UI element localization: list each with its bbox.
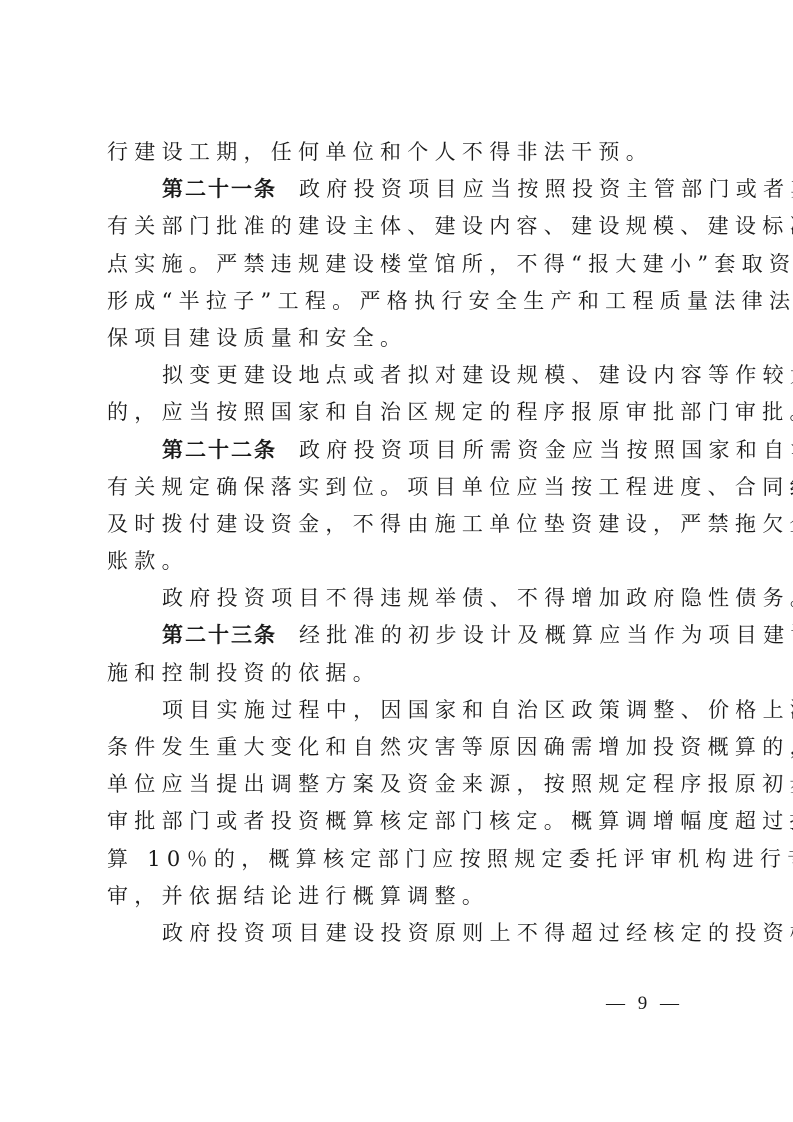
text-line: 审，并依据结论进行概算调整。 — [107, 878, 689, 915]
line-text: 形成“半拉子”工程。严格执行安全生产和工程质量法律法规，确 — [107, 289, 793, 313]
line-text: 保项目建设质量和安全。 — [107, 326, 407, 350]
paragraph-start-line: 项目实施过程中，因国家和自治区政策调整、价格上涨、地质 — [107, 692, 689, 729]
line-text: 施和控制投资的依据。 — [107, 661, 380, 685]
line-text: 政府投资项目所需资金应当按照国家和自治区 — [299, 438, 793, 462]
line-text: 的，应当按照国家和自治区规定的程序报原审批部门审批。 — [107, 400, 793, 424]
line-text: 行建设工期，任何单位和个人不得非法干预。 — [107, 140, 653, 164]
text-line: 及时拨付建设资金，不得由施工单位垫资建设，严禁拖欠企业 — [107, 506, 689, 543]
text-line: 审批部门或者投资概算核定部门核定。概算调增幅度超过批复概 — [107, 803, 689, 840]
text-line: 有关部门批准的建设主体、建设内容、建设规模、建设标准、建设地 — [107, 208, 689, 245]
article-23-heading-line: 第二十三条经批准的初步设计及概算应当作为项目建设实 — [107, 617, 689, 654]
line-text: 及时拨付建设资金，不得由施工单位垫资建设，严禁拖欠企业 — [107, 512, 793, 536]
text-line: 施和控制投资的依据。 — [107, 655, 689, 692]
paragraph-start-line: 拟变更建设地点或者拟对建设规模、建设内容等作较大变更 — [107, 357, 689, 394]
line-text: 政府投资项目建设投资原则上不得超过经核定的投资概算。 — [162, 921, 793, 945]
paragraph-start-line: 政府投资项目建设投资原则上不得超过经核定的投资概算。 — [107, 915, 689, 952]
line-text: 点实施。严禁违规建设楼堂馆所，不得“报大建小”套取资金，防止 — [107, 252, 793, 276]
paragraph-start-line: 政府投资项目不得违规举债、不得增加政府隐性债务。 — [107, 580, 689, 617]
text-line: 保项目建设质量和安全。 — [107, 320, 689, 357]
article-22-heading-line: 第二十二条政府投资项目所需资金应当按照国家和自治区 — [107, 432, 689, 469]
text-line: 的，应当按照国家和自治区规定的程序报原审批部门审批。 — [107, 394, 689, 431]
text-line: 算 10％的，概算核定部门应按照规定委托评审机构进行专业评 — [107, 841, 689, 878]
line-text: 单位应当提出调整方案及资金来源，按照规定程序报原初步设计 — [107, 772, 793, 796]
text-line: 单位应当提出调整方案及资金来源，按照规定程序报原初步设计 — [107, 766, 689, 803]
line-text: 审，并依据结论进行概算调整。 — [107, 884, 489, 908]
article-number: 第二十三条 — [162, 623, 277, 647]
line-text: 账款。 — [107, 549, 189, 573]
text-line: 条件发生重大变化和自然灾害等原因确需增加投资概算的，项目 — [107, 729, 689, 766]
article-21-heading-line: 第二十一条政府投资项目应当按照投资主管部门或者其他 — [107, 171, 689, 208]
line-text: 政府投资项目不得违规举债、不得增加政府隐性债务。 — [162, 586, 793, 610]
line-text: 审批部门或者投资概算核定部门核定。概算调增幅度超过批复概 — [107, 809, 793, 833]
text-line: 账款。 — [107, 543, 689, 580]
line-text: 条件发生重大变化和自然灾害等原因确需增加投资概算的，项目 — [107, 735, 793, 759]
document-body: 行建设工期，任何单位和个人不得非法干预。 第二十一条政府投资项目应当按照投资主管… — [107, 134, 689, 952]
line-text: 项目实施过程中，因国家和自治区政策调整、价格上涨、地质 — [162, 698, 793, 722]
text-line: 形成“半拉子”工程。严格执行安全生产和工程质量法律法规，确 — [107, 283, 689, 320]
line-text: 经批准的初步设计及概算应当作为项目建设实 — [299, 623, 793, 647]
article-number: 第二十二条 — [162, 438, 277, 462]
line-text: 有关规定确保落实到位。项目单位应当按工程进度、合同约定等 — [107, 475, 793, 499]
line-text: 算 10％的，概算核定部门应按照规定委托评审机构进行专业评 — [107, 847, 793, 871]
line-text: 有关部门批准的建设主体、建设内容、建设规模、建设标准、建设地 — [107, 214, 793, 238]
line-text: 政府投资项目应当按照投资主管部门或者其他 — [299, 177, 793, 201]
line-text: 拟变更建设地点或者拟对建设规模、建设内容等作较大变更 — [162, 363, 793, 387]
text-line: 有关规定确保落实到位。项目单位应当按工程进度、合同约定等 — [107, 469, 689, 506]
page-number: — 9 — — [606, 993, 683, 1015]
text-line: 行建设工期，任何单位和个人不得非法干预。 — [107, 134, 689, 171]
text-line: 点实施。严禁违规建设楼堂馆所，不得“报大建小”套取资金，防止 — [107, 246, 689, 283]
article-number: 第二十一条 — [162, 177, 277, 201]
